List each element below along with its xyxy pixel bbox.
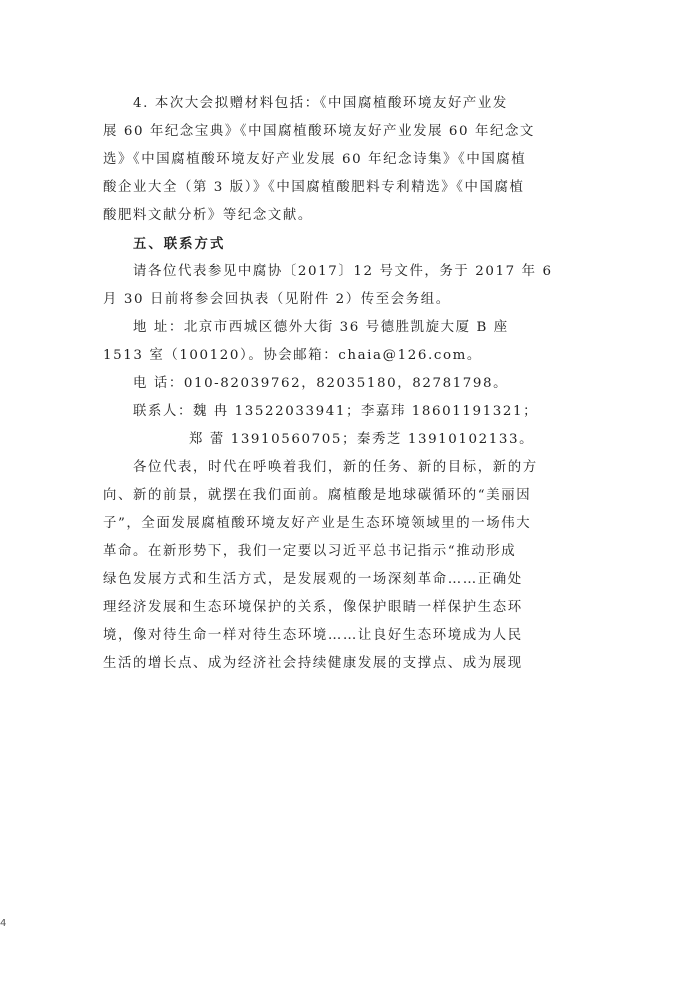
address-line-1: 地 址：北京市西城区德外大街 36 号德胜凯旋大厦 B 座 (133, 314, 497, 342)
contact-person-line-2: 郑 蕾 13910560705；秦秀芝 13910102133。 (189, 426, 497, 454)
paragraph-closing-line-4: 革命。在新形势下，我们一定要以习近平总书记指示“推动形成 (103, 538, 497, 566)
paragraph-materials-line-3: 选》《中国腐植酸环境友好产业发展 60 年纪念诗集》《中国腐植 (103, 146, 497, 174)
address-line-2: 1513 室（100120）。协会邮箱：chaia@126.com。 (103, 342, 497, 370)
paragraph-materials-line-4: 酸企业大全（第 3 版）》《中国腐植酸肥料专利精选》《中国腐植 (103, 174, 497, 202)
phone-line: 电 话：010-82039762，82035180，82781798。 (133, 370, 497, 398)
contact-person-line-1: 联系人：魏 冉 13522033941；李嘉玮 18601191321； (133, 398, 497, 426)
paragraph-closing-line-2: 向、新的前景，就摆在我们面前。腐植酸是地球碳循环的“美丽因 (103, 482, 497, 510)
paragraph-closing-line-3: 子”，全面发展腐植酸环境友好产业是生态环境领域里的一场伟大 (103, 510, 497, 538)
paragraph-closing-line-5: 绿色发展方式和生活方式，是发展观的一场深刻革命……正确处 (103, 566, 497, 594)
paragraph-closing-line-7: 境，像对待生命一样对待生态环境……让良好生态环境成为人民 (103, 622, 497, 650)
paragraph-contact-line-2: 月 30 日前将参会回执表（见附件 2）传至会务组。 (103, 286, 497, 314)
document-page: 4. 本次大会拟赠材料包括：《中国腐植酸环境友好产业发 展 60 年纪念宝典》《… (0, 0, 699, 990)
paragraph-closing-line-1: 各位代表，时代在呼唤着我们，新的任务、新的目标，新的方 (133, 454, 497, 482)
paragraph-materials-line-1: 4. 本次大会拟赠材料包括：《中国腐植酸环境友好产业发 (133, 90, 497, 118)
paragraph-closing-line-6: 理经济发展和生态环境保护的关系，像保护眼睛一样保护生态环 (103, 594, 497, 622)
paragraph-closing-line-8: 生活的增长点、成为经济社会持续健康发展的支撑点、成为展现 (103, 650, 497, 678)
paragraph-materials-line-5: 酸肥料文献分析》等纪念文献。 (103, 202, 497, 230)
paragraph-contact-line-1: 请各位代表参见中腐协〔2017〕12 号文件，务于 2017 年 6 (133, 258, 497, 286)
paragraph-materials-line-2: 展 60 年纪念宝典》《中国腐植酸环境友好产业发展 60 年纪念文 (103, 118, 497, 146)
section-heading-contact: 五、联系方式 (133, 230, 497, 258)
page-number: 4 (0, 918, 6, 930)
